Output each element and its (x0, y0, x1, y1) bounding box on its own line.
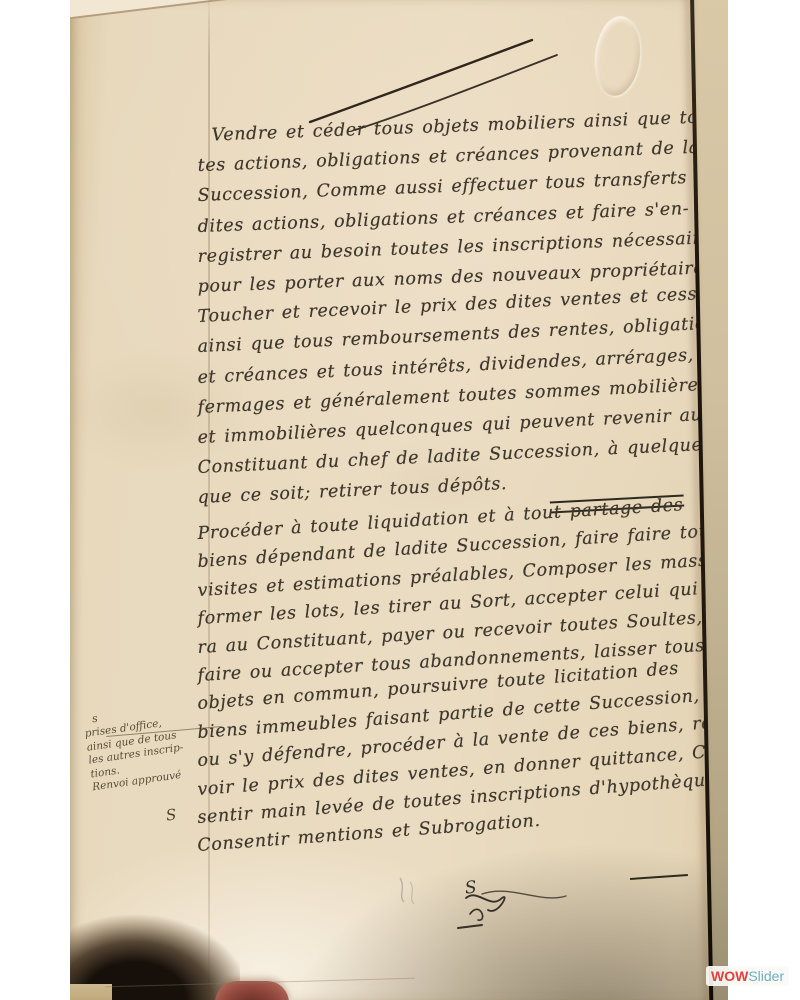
watermark-brand-slider: Slider (748, 966, 784, 986)
margin-paraph-icon: S (165, 805, 178, 824)
wowslider-watermark[interactable]: WOWSlider (706, 966, 789, 986)
notary-paraph-icon (370, 870, 590, 940)
embossed-oval-seal-icon (591, 14, 644, 98)
manuscript-paragraph-1: Vendre et céder tous objets mobiliers ai… (198, 126, 728, 518)
watermark-brand-wow: WOW (711, 966, 748, 986)
manuscript-photo[interactable]: Vendre et céder tous objets mobiliers ai… (70, 0, 728, 1000)
paragraph-end-rule (630, 874, 688, 880)
underlying-page-edge (70, 0, 276, 20)
renvoi-mark: s (91, 712, 98, 726)
manuscript-paragraph-2: Procéder à toute liquidation et à tout p… (198, 524, 728, 865)
